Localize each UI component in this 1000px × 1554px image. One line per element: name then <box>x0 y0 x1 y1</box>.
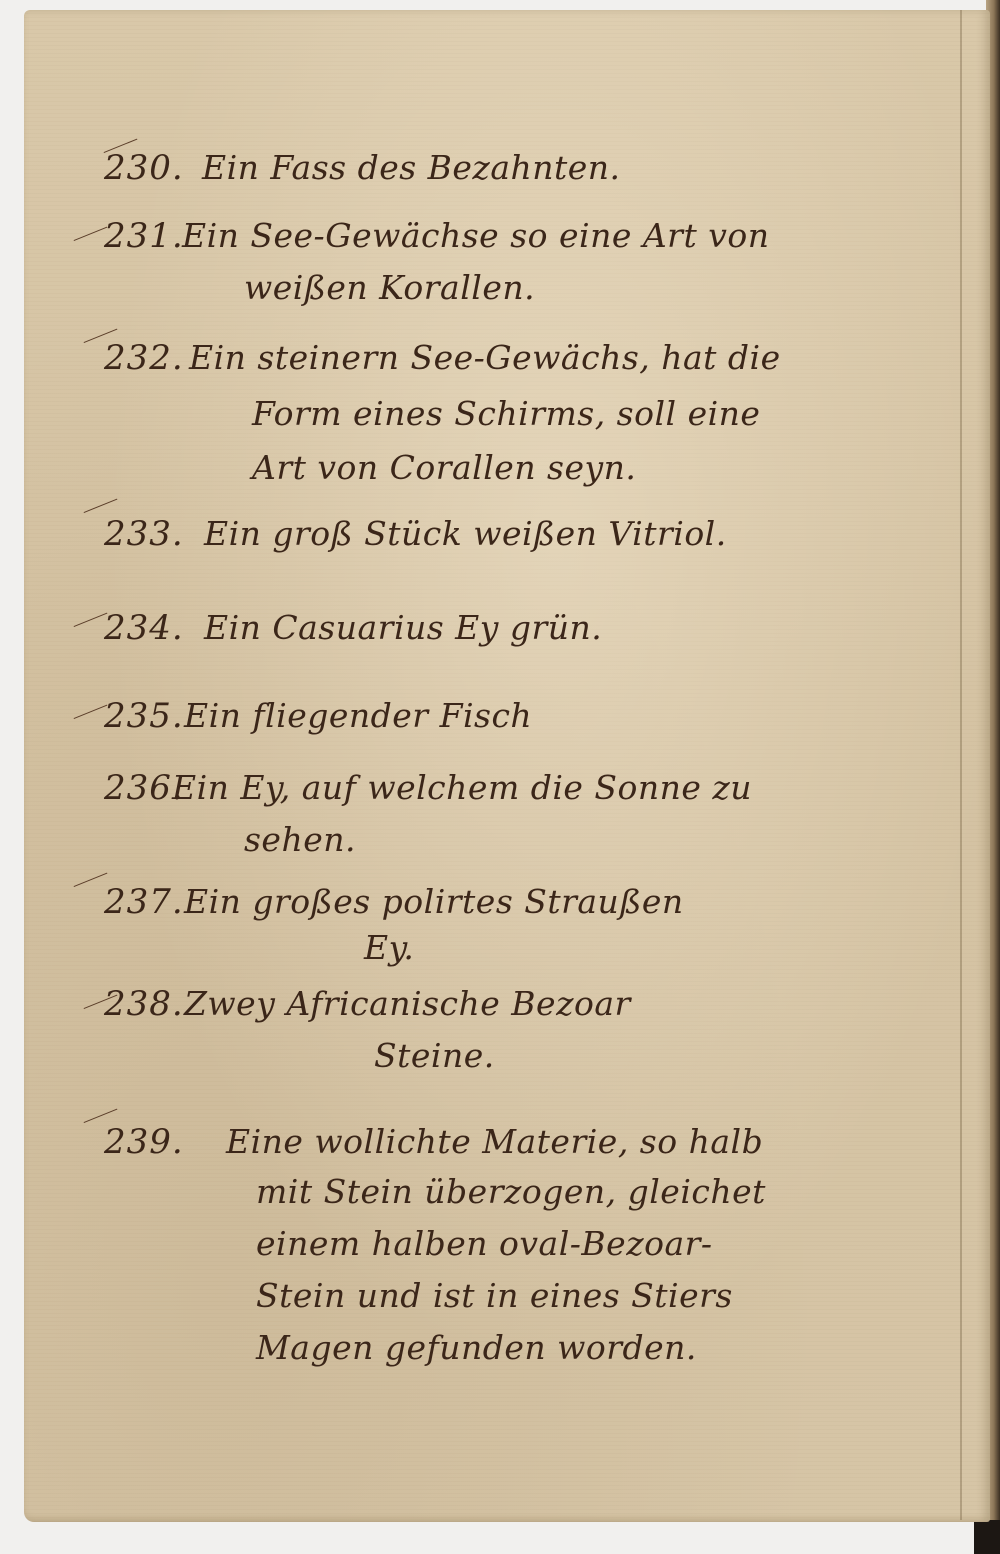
entry-text: Stein und ist in eines Stiers <box>256 1276 733 1315</box>
entry-number: 238. <box>104 984 184 1024</box>
entry-number: 232. <box>104 338 184 378</box>
page-fold-line <box>960 10 962 1520</box>
entry-text: Eine wollichte Materie, so halb <box>226 1122 763 1161</box>
entry-text: Ein Casuarius Ey grün. <box>204 608 602 647</box>
entry-text: Ein steinern See-Gewächs, hat die <box>189 338 781 377</box>
entry-text: Form eines Schirms, soll eine <box>252 394 760 433</box>
entry-text: Ein See-Gewächse so eine Art von <box>182 216 769 255</box>
margin-mark <box>74 873 108 888</box>
entry-text: Art von Corallen seyn. <box>252 448 636 487</box>
manuscript-page: 230. Ein Fass des Bezahnten. 231. Ein Se… <box>24 10 990 1522</box>
entry-number: 239. <box>104 1122 184 1162</box>
entry-text: weißen Korallen. <box>244 268 535 307</box>
entry-text: einem halben oval-Bezoar- <box>256 1224 713 1263</box>
entry-text: Ein großes polirtes Straußen <box>184 882 684 921</box>
entry-text: Ein fliegender Fisch <box>184 696 532 735</box>
entry-text: Ein Ey, auf welchem die Sonne zu <box>172 768 752 807</box>
margin-mark <box>84 499 118 514</box>
book-spine-shadow <box>974 1520 1000 1554</box>
entry-number: 235. <box>104 696 184 736</box>
entry-number: 230. <box>104 148 184 188</box>
entry-text: sehen. <box>244 820 356 859</box>
entry-text: mit Stein überzogen, gleichet <box>256 1172 766 1211</box>
margin-mark <box>74 227 108 242</box>
margin-mark <box>74 613 108 628</box>
entry-number: 233. <box>104 514 184 554</box>
entry-text: Ein groß Stück weißen Vitriol. <box>204 514 727 553</box>
margin-mark <box>74 705 108 720</box>
entry-text: Magen gefunden worden. <box>256 1328 697 1367</box>
entry-text: Ey. <box>364 928 414 967</box>
entry-text: Ein Fass des Bezahnten. <box>202 148 621 187</box>
entry-text: Steine. <box>374 1036 495 1075</box>
entry-number: 231. <box>104 216 184 256</box>
entry-number: 237. <box>104 882 184 922</box>
entry-number: 234. <box>104 608 184 648</box>
entry-text: Zwey Africanische Bezoar <box>184 984 631 1023</box>
